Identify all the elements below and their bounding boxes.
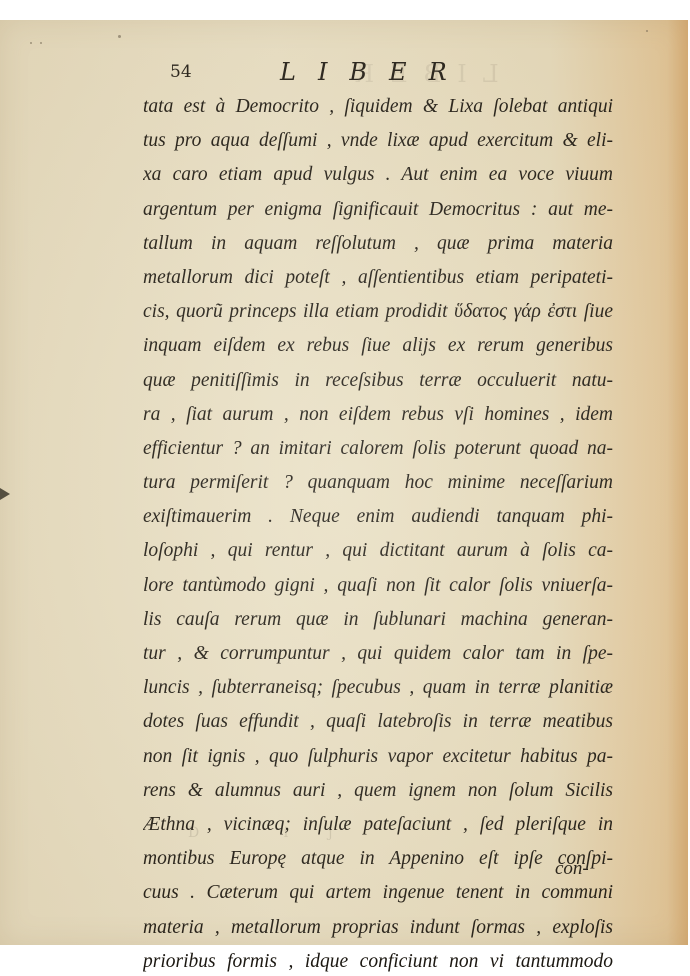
text-line: loſophi , qui rentur , qui dictitant aur… xyxy=(143,534,613,568)
text-line: tus pro aqua deſſumi , vnde lixæ apud ex… xyxy=(143,124,613,158)
text-line: lore tantùmodo gigni , quaſi non ſit cal… xyxy=(143,569,613,603)
catchword: con- xyxy=(555,858,589,880)
text-line: non ſit ignis , quo ſulphuris vapor exci… xyxy=(143,740,613,774)
text-line: xa caro etiam apud vulgus . Aut enim ea … xyxy=(143,158,613,192)
text-line: tata est à Democrito , ſiquidem & Lixa ſ… xyxy=(143,90,613,124)
paper-speck xyxy=(118,35,121,38)
text-line: cis, quorũ princeps illa etiam prodidit … xyxy=(143,295,613,329)
body-text: tata est à Democrito , ſiquidem & Lixa ſ… xyxy=(143,90,613,976)
text-line: dotes ſuas effundit , quaſi latebroſis i… xyxy=(143,705,613,739)
text-line: efficientur ? an imitari calorem ſolis p… xyxy=(143,432,613,466)
paper-speck xyxy=(30,42,32,44)
text-line: rens & alumnus auri , quem ignem non ſol… xyxy=(143,774,613,808)
text-line: lis cauſa rerum quæ in ſublunari machina… xyxy=(143,603,613,637)
page-number: 54 xyxy=(170,62,192,82)
bleed-through-signature-mark: D ij xyxy=(188,825,373,841)
paper-speck xyxy=(646,30,648,32)
page-edge-notch xyxy=(0,488,10,500)
text-line: luncis , ſubterraneisq; ſpecubus , quam … xyxy=(143,671,613,705)
text-line: quæ penitiſſimis in receſsibus terræ occ… xyxy=(143,364,613,398)
text-line: materia , metallorum proprias indunt ſor… xyxy=(143,911,613,945)
book-page: LIBER 54 LIBER tata est à Democrito , ſi… xyxy=(0,20,688,945)
text-line: montibus Europę atque in Appenino eſt ip… xyxy=(143,842,613,876)
text-line: metallorum dici poteſt , aſſentientibus … xyxy=(143,261,613,295)
text-line: ra , ſiat aurum , non eiſdem rebus vſi h… xyxy=(143,398,613,432)
text-line: inquam eiſdem ex rebus ſiue alijs ex rer… xyxy=(143,329,613,363)
page-header: 54 LIBER xyxy=(170,58,610,88)
text-line: cuus . Cæterum qui artem ingenue tenent … xyxy=(143,876,613,910)
text-line: tur , & corrumpuntur , qui quidem calor … xyxy=(143,637,613,671)
text-line: tallum in aquam reſſolutum , quæ prima m… xyxy=(143,227,613,261)
text-line: prioribus formis , idque conficiunt non … xyxy=(143,945,613,976)
paper-speck xyxy=(40,42,42,44)
text-line: argentum per enigma ſignificauit Democri… xyxy=(143,193,613,227)
running-head: LIBER xyxy=(280,58,469,86)
text-line: tura permiſerit ? quanquam hoc minime ne… xyxy=(143,466,613,500)
text-line: exiſtimauerim . Neque enim audiendi tanq… xyxy=(143,500,613,534)
